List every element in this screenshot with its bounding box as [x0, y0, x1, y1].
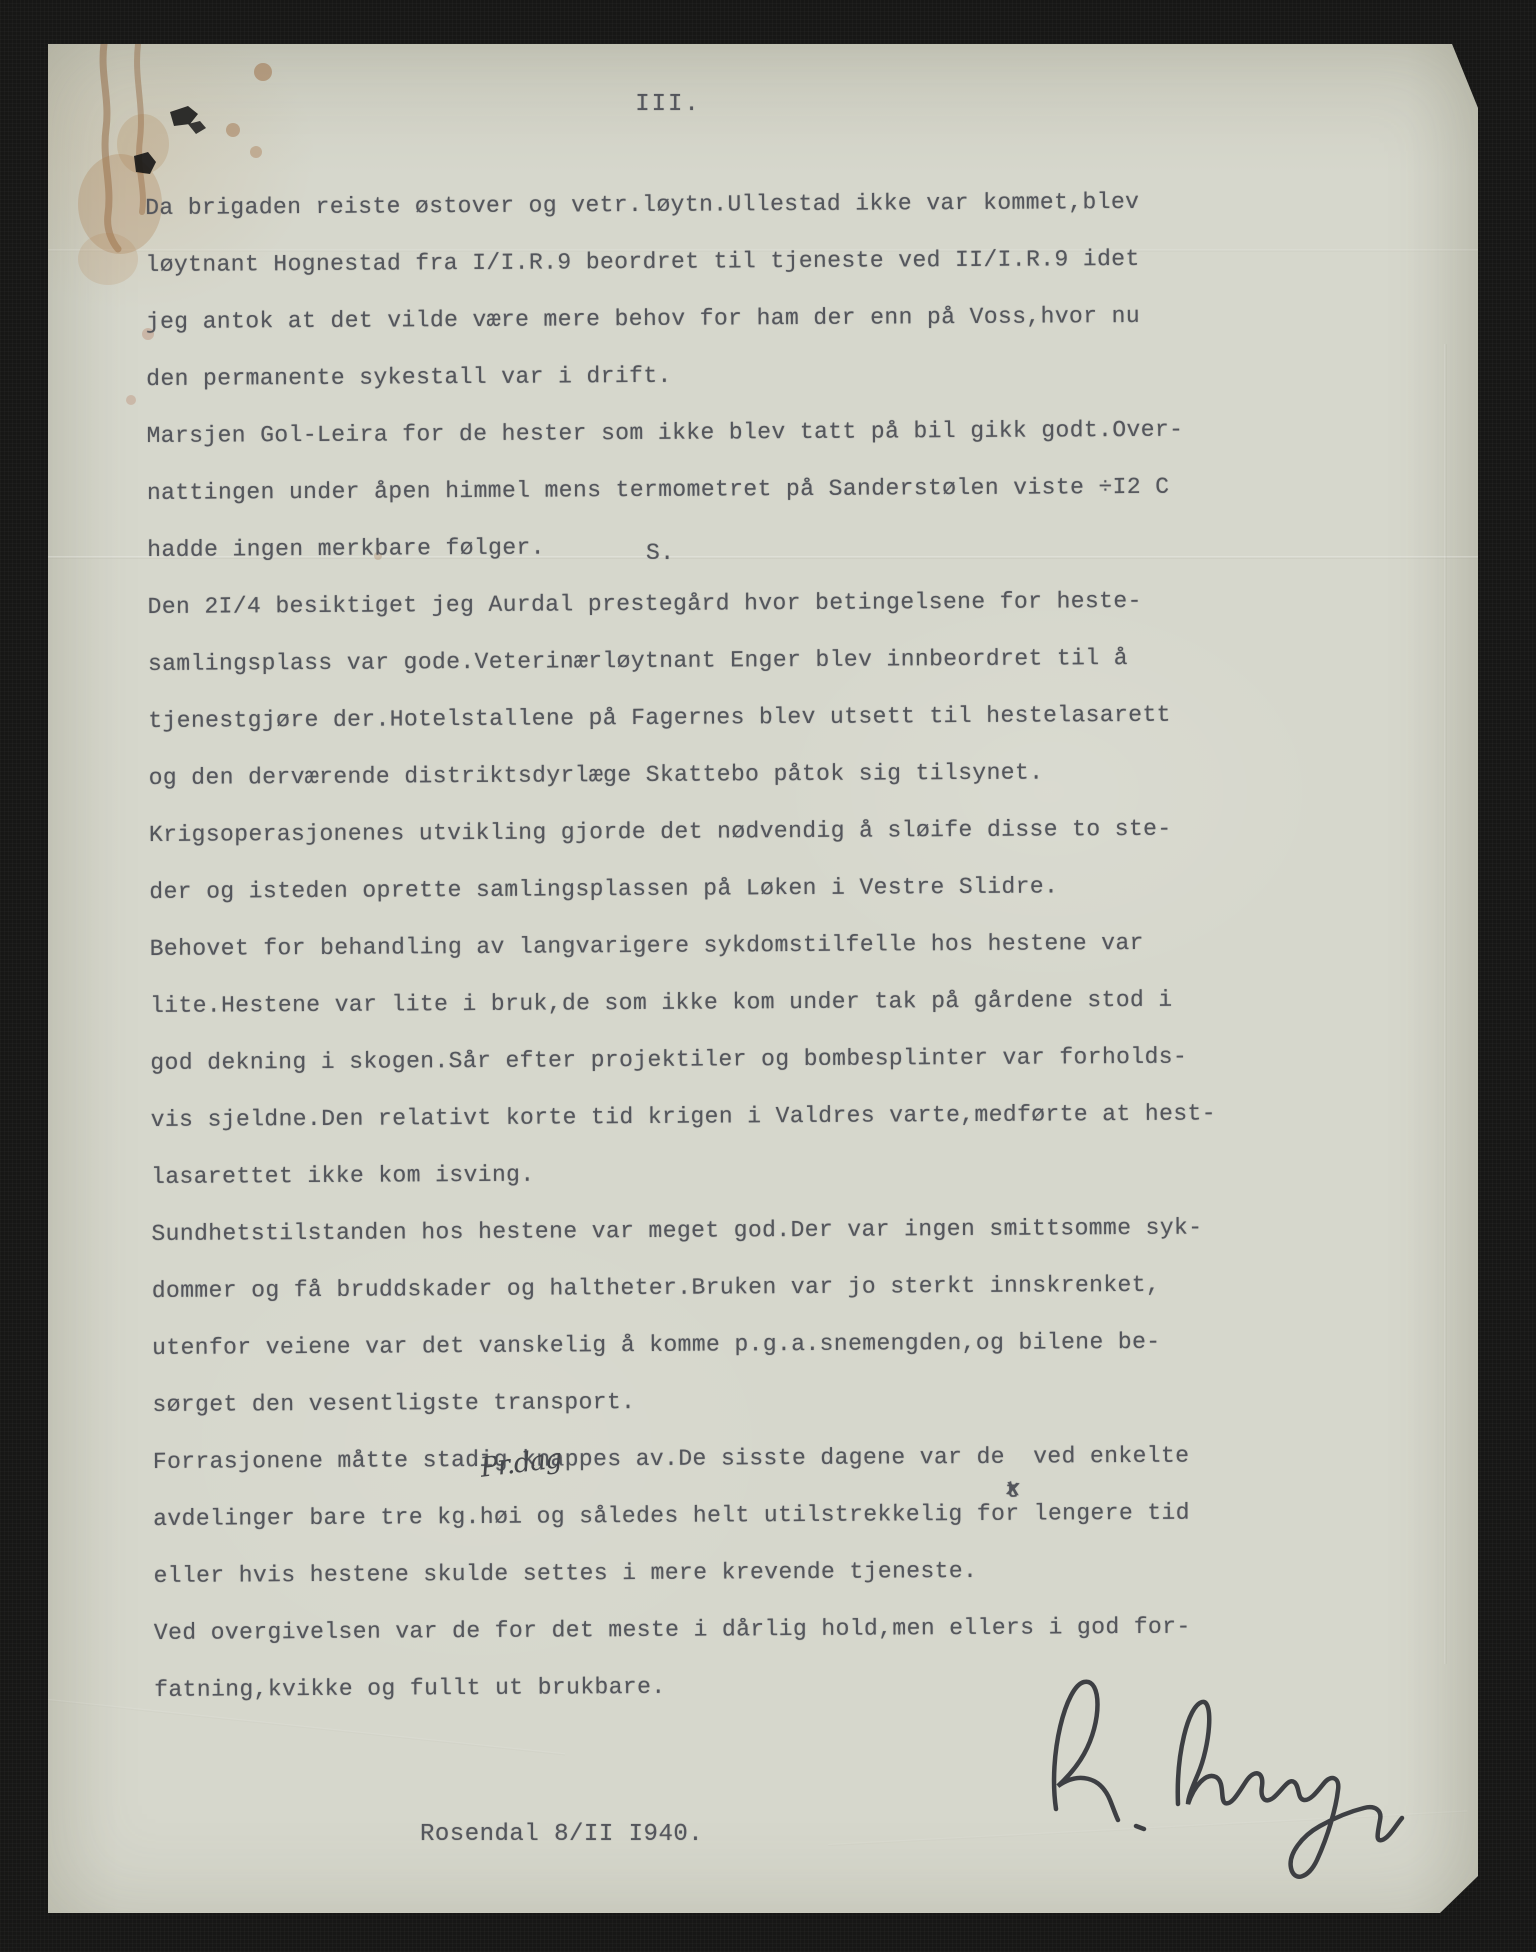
text-line: avdelinger bare tre kg.høi og således he…: [153, 1483, 1413, 1548]
text-line: Den 2I/4 besiktiget jeg Aurdal prestegår…: [147, 571, 1407, 636]
typed-insertion: S.: [646, 540, 674, 566]
dateline: Rosendal 8/II I940.: [420, 1806, 703, 1863]
text-line: hadde ingen merkbare følger.: [147, 514, 1407, 579]
text-line: Behovet for behandling av langvarigere s…: [150, 913, 1410, 978]
text-line: der og isteden oprette samlingsplassen p…: [149, 856, 1409, 921]
text-line: Marsjen Gol-Leira for de hester som ikke…: [146, 400, 1406, 465]
scanned-document-page: III. Da brigaden reiste østover og vetr.…: [0, 0, 1536, 1952]
text-line: samlingsplass var gode.Veterinærløytnant…: [148, 628, 1408, 693]
text-line: tjenestgjøre der.Hotelstallene på Fagern…: [148, 685, 1408, 750]
fold-crease: [1444, 344, 1447, 1664]
text-line: den permanente sykestall var i drift.: [146, 343, 1406, 408]
paper-sheet: III. Da brigaden reiste østover og vetr.…: [48, 44, 1478, 1913]
text-line: utenfor veiene var det vanskelig å komme…: [152, 1312, 1412, 1377]
text-line: god dekning i skogen.Sår efter projektil…: [150, 1027, 1410, 1092]
text-line: og den derværende distriktsdyrlæge Skatt…: [148, 742, 1408, 807]
text-line: eller hvis hestene skulde settes i mere …: [153, 1540, 1413, 1605]
text-line: Krigsoperasjonenes utvikling gjorde det …: [149, 799, 1409, 864]
text-line: sørget den vesentligste transport.: [152, 1369, 1412, 1434]
text-line: jeg antok at det vilde være mere behov f…: [146, 286, 1406, 351]
signature: [1028, 1614, 1408, 1914]
text-line: nattingen under åpen himmel mens termome…: [147, 457, 1407, 522]
text-line: dommer og få bruddskader og haltheter.Br…: [152, 1255, 1412, 1320]
text-line: Sundhetstilstanden hos hestene var meget…: [151, 1198, 1411, 1263]
document-body: Da brigaden reiste østover og vetr.løytn…: [145, 172, 1414, 1719]
text-line: Da brigaden reiste østover og vetr.løytn…: [145, 172, 1405, 237]
text-line: løytnant Hognestad fra I/I.R.9 beordret …: [145, 229, 1405, 294]
section-heading: III.: [588, 76, 748, 133]
text-line: lite.Hestene var lite i bruk,de som ikke…: [150, 970, 1410, 1035]
text-line: lasarettet ikke kom isving.: [151, 1141, 1411, 1206]
text-line: Forrasjonene måtte stadig knappes av.De …: [153, 1426, 1413, 1491]
text-line: vis sjeldne.Den relativt korte tid krige…: [151, 1084, 1411, 1149]
